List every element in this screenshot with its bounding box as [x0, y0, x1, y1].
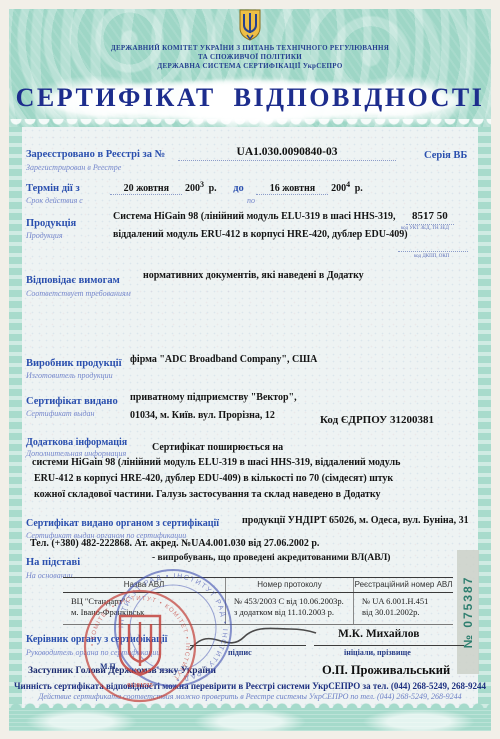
- red-stamp-number: 01181535: [127, 682, 153, 689]
- name-rule: [314, 645, 464, 646]
- guilloche-left-strip: [9, 127, 22, 708]
- avl-header-reg: Реєстраційний номер АВЛ: [354, 578, 453, 592]
- validity-to-year-digit: 4: [346, 180, 350, 189]
- edrpou-code: Код ЄДРПОУ 31200381: [320, 414, 434, 426]
- serial-number-strip: № 075387: [457, 550, 479, 674]
- producer-label-ru: Изготовитель продукции: [26, 371, 113, 380]
- red-trident-stamp: • КОМІТЕТ • ІНСТИТУТ • КОМІТЕТ • ІНСТИТУ…: [85, 591, 195, 701]
- cert-org-label-uk: Сертифікат видано органом з сертифікації: [26, 518, 219, 529]
- registration-number: UA1.030.0090840-03: [178, 146, 396, 161]
- additional-intro: Сертифікат поширюється на: [152, 442, 283, 453]
- org-name-line1: ДЕРЖАВНИЙ КОМІТЕТ УКРАЇНИ З ПИТАНЬ ТЕХНІ…: [10, 44, 490, 52]
- org-name-line3: ДЕРЖАВНА СИСТЕМА СЕРТИФІКАЦІЇ УкрСЕПРО: [10, 62, 490, 70]
- name-caption: ініціали, прізвище: [344, 648, 411, 657]
- cert-org-tel-line: Тел. (+380) 482-222868. Ат. акред. №UA4.…: [30, 538, 319, 549]
- validity-label-ru: Срок действия с: [26, 196, 83, 205]
- certificate-page: ДЕРЖАВНИЙ КОМІТЕТ УКРАЇНИ З ПИТАНЬ ТЕХНІ…: [0, 0, 500, 739]
- validity-to-word: до: [233, 183, 244, 194]
- org-name-line2: ТА СПОЖИВЧОЇ ПОЛІТИКИ: [10, 53, 490, 61]
- producer-value: фірма "ADC Broadband Company", США: [130, 354, 317, 365]
- product-label-uk: Продукція: [26, 218, 76, 229]
- product-code: 8517 50: [406, 210, 454, 225]
- validity-from-suffix: р.: [209, 183, 217, 194]
- additional-line2: ERU-412 в корпусі HRE-420, дублер EDU-40…: [34, 473, 393, 484]
- blue-stamp-ring-text: ІНСТИТУТ РАД • ІНСТИТУТ РАД • ІНСТИТУТ Р…: [118, 573, 228, 683]
- product-value-line2: віддалений модуль ERU-412 в корпусі HRE-…: [113, 229, 408, 240]
- basis-value: - випробувань, що проведені акредитовани…: [152, 553, 390, 563]
- conformity-value: нормативних документів, які наведені в Д…: [143, 270, 364, 281]
- cert-org-value: продукції УНДІРТ 65026, м. Одеса, вул. Б…: [242, 515, 469, 526]
- producer-label-uk: Виробник продукції: [26, 358, 122, 369]
- avl-protocol-line1: № 453/2003 С від 10.06.2003р.: [234, 596, 349, 607]
- svg-text:ІНСТИТУТ РАД • ІНСТИТУТ РАД •: ІНСТИТУТ РАД • ІНСТИТУТ РАД • ІНСТИТУТ Р…: [118, 573, 228, 683]
- validity-from-year-digit: 3: [200, 180, 204, 189]
- additional-line1: системи HiGain 98 (лінійний модуль ELU-3…: [32, 457, 400, 468]
- dkpp-code-line: [398, 251, 468, 252]
- validity-label-uk: Термін дії з: [26, 183, 80, 194]
- conformity-label-uk: Відповідає вимогам: [26, 275, 120, 286]
- validity-to-date: 16 жовтня: [256, 183, 328, 195]
- validity-to-year: 200: [331, 183, 346, 194]
- deputy-name: О.П. Проживальський: [322, 663, 450, 678]
- additional-label-uk: Додаткова інформація: [26, 437, 127, 448]
- additional-line3: кожної складової частини. Галузь застосу…: [34, 489, 381, 500]
- ukraine-trident-emblem-icon: [237, 7, 263, 43]
- blue-institute-stamp: ІНСТИТУТ РАД • ІНСТИТУТ РАД • ІНСТИТУТ Р…: [115, 570, 231, 686]
- product-code-caption: код УКТ ЗЕД, ТН ЗЕД: [401, 226, 449, 231]
- product-label-ru: Продукция: [26, 231, 63, 240]
- validity-to-suffix: р.: [355, 183, 363, 194]
- issued-to-label-uk: Сертифікат видано: [26, 396, 118, 407]
- validity-to-word-ru: по: [247, 196, 255, 205]
- avl-cell-reg: № UA 6.001.Н.451 від 30.01.2002р.: [354, 593, 453, 624]
- head-name: М.К. Михайлов: [338, 628, 419, 640]
- serial-number: № 075387: [461, 576, 475, 649]
- registration-label-ru: Зарегистрирован в Реестре: [26, 163, 121, 172]
- series-label: Серія ВБ: [424, 150, 467, 161]
- product-value-line1: Система HiGain 98 (лінійний модуль ELU-3…: [113, 211, 396, 222]
- registration-label-uk: Зареєстровано в Реєстрі за №: [26, 149, 165, 160]
- issued-to-line1: приватному підприємству "Вектор",: [130, 392, 297, 403]
- validity-from-date: 20 жовтня: [110, 183, 182, 195]
- guilloche-right-strip: [478, 127, 491, 708]
- certificate-title: СЕРТИФІКАТ ВІДПОВІДНОСТІ: [10, 83, 490, 113]
- avl-reg-line2: від 30.01.2002р.: [362, 607, 449, 618]
- product-code-caption2: код ДКПП, ОКП: [414, 254, 449, 259]
- validity-row: Термін дії з 20 жовтня 2003 р. до 16 жов…: [26, 180, 363, 195]
- avl-reg-line1: № UA 6.001.Н.451: [362, 596, 449, 607]
- issued-to-line2: 01034, м. Київ. вул. Прорізна, 12: [130, 410, 275, 421]
- validity-from-year: 200: [185, 183, 200, 194]
- issued-to-label-ru: Сертификат выдан: [26, 409, 95, 418]
- conformity-label-ru: Соответствует требованиям: [26, 289, 131, 298]
- round-stamps: ІНСТИТУТ РАД • ІНСТИТУТ РАД • ІНСТИТУТ Р…: [68, 568, 248, 718]
- basis-label-uk: На підставі: [26, 557, 80, 568]
